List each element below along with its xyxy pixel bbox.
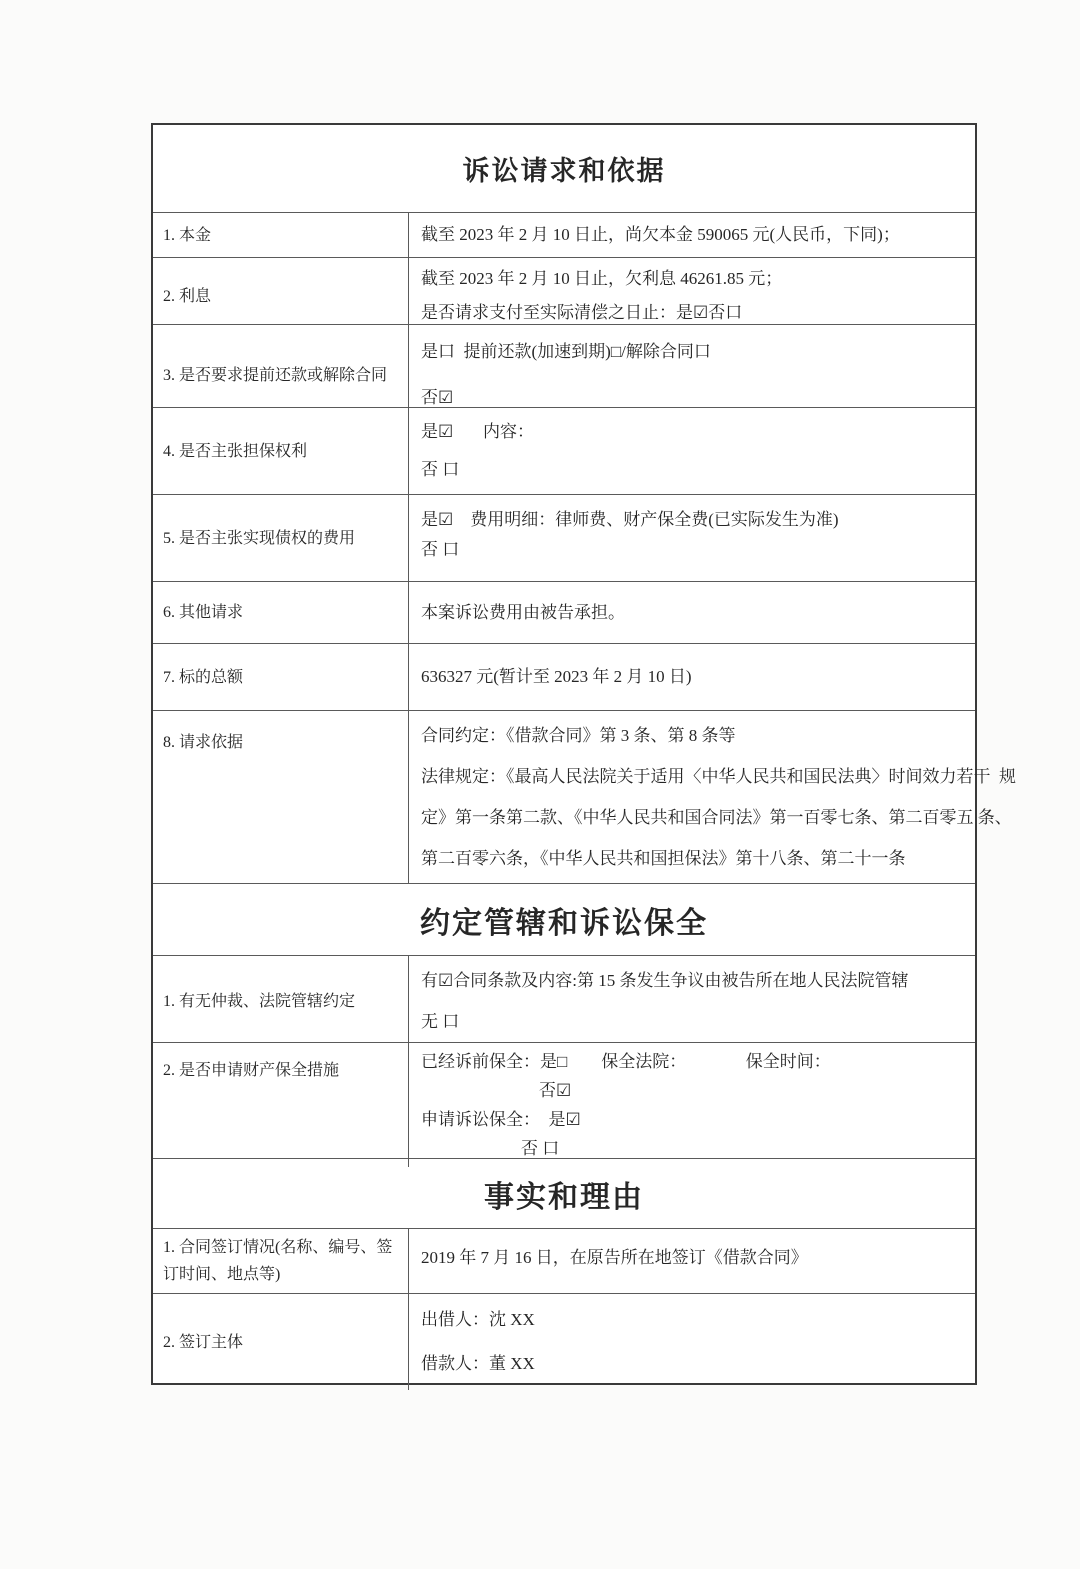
table-row-interest: 2. 利息 截至 2023 年 2 月 10 日止，欠利息 46261.85 元… bbox=[153, 257, 975, 324]
section-title: 诉讼请求和依据 bbox=[463, 149, 666, 188]
row-content: 已经诉前保全：是□ 保全法院： 保全时间： 否☑ 申请诉讼保全： 是☑ 否 口 bbox=[408, 1043, 975, 1167]
checkbox-line: 是☑ 费用明细：律师费、财产保全费(已实际发生为准) bbox=[421, 505, 969, 535]
section-title: 约定管辖和诉讼保全 bbox=[420, 898, 708, 942]
row-label: 2. 利息 bbox=[153, 258, 408, 334]
table-row-property-preservation: 2. 是否申请财产保全措施 已经诉前保全：是□ 保全法院： 保全时间： 否☑ 申… bbox=[153, 1042, 975, 1158]
table-row-other-claims: 6. 其他请求 本案诉讼费用由被告承担。 bbox=[153, 581, 975, 643]
table-row-debt-realization-costs: 5. 是否主张实现债权的费用 是☑ 费用明细：律师费、财产保全费(已实际发生为准… bbox=[153, 494, 975, 581]
row-label: 5. 是否主张实现债权的费用 bbox=[153, 495, 408, 581]
table-row-contract-signing: 1. 合同签订情况(名称、编号、签订时间、地点等) 2019 年 7 月 16 … bbox=[153, 1228, 975, 1293]
section-header-facts: 事实和理由 bbox=[153, 1158, 975, 1228]
row-label: 6. 其他请求 bbox=[153, 582, 408, 643]
row-label: 1. 本金 bbox=[153, 213, 408, 257]
lender-line: 出借人：沈 XX bbox=[421, 1298, 969, 1342]
row-content: 是☑ 费用明细：律师费、财产保全费(已实际发生为准) 否 口 bbox=[408, 495, 975, 581]
checkbox-line: 有☑合同条款及内容:第 15 条发生争议由被告所在地人民法院管辖 bbox=[421, 960, 969, 1001]
row-content: 截至 2023 年 2 月 10 日止，尚欠本金 590065 元(人民币，下同… bbox=[408, 213, 975, 257]
table-row-total-amount: 7. 标的总额 636327 元(暂计至 2023 年 2 月 10 日) bbox=[153, 643, 975, 710]
table-row-claim-basis: 8. 请求依据 合同约定：《借款合同》第 3 条、第 8 条等 法律规定：《最高… bbox=[153, 710, 975, 883]
table-row-principal: 1. 本金 截至 2023 年 2 月 10 日止，尚欠本金 590065 元(… bbox=[153, 212, 975, 257]
row-label: 1. 有无仲裁、法院管辖约定 bbox=[153, 956, 408, 1046]
row-content: 截至 2023 年 2 月 10 日止，欠利息 46261.85 元； 是否请求… bbox=[408, 258, 975, 334]
row-content: 合同约定：《借款合同》第 3 条、第 8 条等 法律规定：《最高人民法院关于适用… bbox=[408, 711, 1022, 883]
checkbox-line: 否☑ bbox=[421, 1076, 969, 1105]
row-label: 8. 请求依据 bbox=[153, 711, 408, 883]
table-row-jurisdiction-agreement: 1. 有无仲裁、法院管辖约定 有☑合同条款及内容:第 15 条发生争议由被告所在… bbox=[153, 955, 975, 1042]
table-row-guarantee-rights: 4. 是否主张担保权利 是☑ 内容： 否 口 bbox=[153, 407, 975, 494]
row-label: 1. 合同签订情况(名称、编号、签订时间、地点等) bbox=[153, 1229, 408, 1293]
row-content: 出借人：沈 XX 借款人：董 XX bbox=[408, 1294, 975, 1390]
claims-form-table: 诉讼请求和依据 1. 本金 截至 2023 年 2 月 10 日止，尚欠本金 5… bbox=[151, 123, 977, 1385]
checkbox-line: 否 口 bbox=[421, 451, 969, 489]
row-content: 636327 元(暂计至 2023 年 2 月 10 日) bbox=[408, 644, 975, 710]
row-label: 2. 是否申请财产保全措施 bbox=[153, 1043, 408, 1167]
row-label: 2. 签订主体 bbox=[153, 1294, 408, 1390]
row-content: 本案诉讼费用由被告承担。 bbox=[408, 582, 975, 643]
checkbox-line: 申请诉讼保全： 是☑ bbox=[421, 1105, 969, 1134]
checkbox-line: 否 口 bbox=[421, 1134, 969, 1163]
checkbox-line: 是☑ 内容： bbox=[421, 413, 969, 451]
row-label: 4. 是否主张担保权利 bbox=[153, 408, 408, 494]
table-row-early-repayment: 3. 是否要求提前还款或解除合同 是口 提前还款(加速到期)□/解除合同口 否☑ bbox=[153, 324, 975, 407]
section-title: 事实和理由 bbox=[484, 1172, 644, 1216]
row-label: 7. 标的总额 bbox=[153, 644, 408, 710]
checkbox-line: 已经诉前保全：是□ 保全法院： 保全时间： bbox=[421, 1047, 969, 1076]
table-row-signing-parties: 2. 签订主体 出借人：沈 XX 借款人：董 XX bbox=[153, 1293, 975, 1383]
checkbox-line: 是口 提前还款(加速到期)□/解除合同口 bbox=[421, 329, 969, 375]
row-content: 2019 年 7 月 16 日，在原告所在地签订《借款合同》 bbox=[408, 1229, 975, 1293]
section-header-claims: 诉讼请求和依据 bbox=[153, 125, 975, 212]
borrower-line: 借款人：董 XX bbox=[421, 1342, 969, 1386]
section-header-jurisdiction: 约定管辖和诉讼保全 bbox=[153, 883, 975, 955]
checkbox-line: 无 口 bbox=[421, 1001, 969, 1042]
row-content: 有☑合同条款及内容:第 15 条发生争议由被告所在地人民法院管辖 无 口 bbox=[408, 956, 975, 1046]
row-content: 是☑ 内容： 否 口 bbox=[408, 408, 975, 494]
checkbox-line: 否 口 bbox=[421, 535, 969, 565]
